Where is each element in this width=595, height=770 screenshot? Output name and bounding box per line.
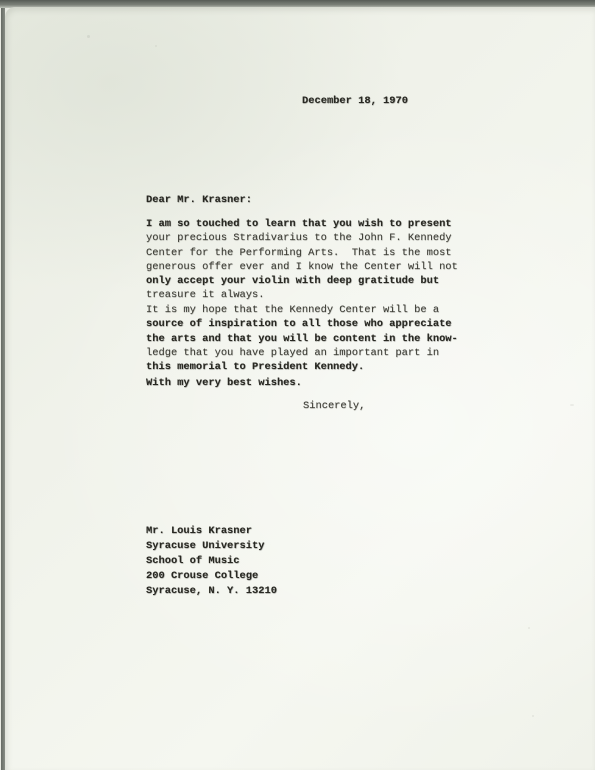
letter-line: this memorial to President Kennedy. <box>146 360 458 374</box>
paper-speck <box>528 627 530 629</box>
letter-closing-line: With my very best wishes. <box>146 376 302 390</box>
letter-line: School of Music <box>146 554 277 569</box>
letter-line: source of inspiration to all those who a… <box>146 317 458 331</box>
letter-line: 200 Crouse College <box>146 569 277 584</box>
letter-paragraph-2: It is my hope that the Kennedy Center wi… <box>146 303 458 374</box>
letter-salutation: Dear Mr. Krasner: <box>146 193 252 207</box>
recipient-address-block: Mr. Louis KrasnerSyracuse UniversityScho… <box>146 524 277 599</box>
letter-line: the arts and that you will be content in… <box>146 332 458 346</box>
paper-speck <box>87 35 90 38</box>
letter-line: only accept your violin with deep gratit… <box>146 274 458 288</box>
paper-speck <box>532 715 534 717</box>
letter-line: Syracuse University <box>146 539 277 554</box>
letter-paragraph-1: I am so touched to learn that you wish t… <box>146 217 458 303</box>
letter-line: treasure it always. <box>146 288 458 302</box>
letter-line: Syracuse, N. Y. 13210 <box>146 584 277 599</box>
letter-line: Mr. Louis Krasner <box>146 524 277 539</box>
scanned-letter: December 18, 1970 Dear Mr. Krasner: I am… <box>0 0 595 770</box>
letter-signoff: Sincerely, <box>303 399 365 413</box>
letter-line: It is my hope that the Kennedy Center wi… <box>146 303 458 317</box>
paper-speck <box>155 45 157 47</box>
letter-line: I am so touched to learn that you wish t… <box>146 217 458 231</box>
letter-line: Center for the Performing Arts. That is … <box>146 246 458 260</box>
letter-page: December 18, 1970 Dear Mr. Krasner: I am… <box>5 7 595 770</box>
letter-line: ledge that you have played an important … <box>146 346 458 360</box>
letter-line: generous offer ever and I know the Cente… <box>146 260 458 274</box>
letter-line: your precious Stradivarius to the John F… <box>146 231 458 245</box>
paper-speck <box>570 404 574 406</box>
letter-date: December 18, 1970 <box>302 94 408 108</box>
